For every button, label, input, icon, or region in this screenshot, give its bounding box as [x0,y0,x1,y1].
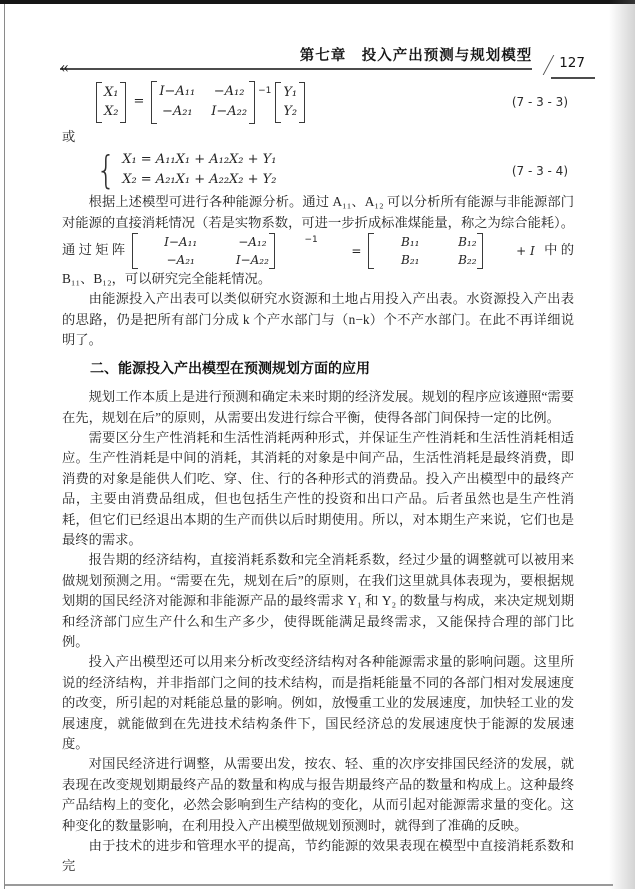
b-matrix-cell-21: B₂₁ [374,253,419,267]
scan-left-edge [4,4,5,889]
b-matrix: B₁₁ B₁₂ B₂₁ B₂₂ [368,233,482,269]
scan-bottom-edge [5,884,613,886]
paragraph-7: 对国民经济进行调整，从需要出发，按农、轻、重的次序安排国民经济的发展，就表现在改… [62,754,574,836]
b-matrix-cell-12: B₁₂ [431,235,476,249]
or-connector: 或 [62,127,574,147]
paragraph-8: 由于技术的进步和管理水平的提高，节约能源的效果表现在模型中直接消耗系数和完 [62,836,574,877]
page-number: 127 [559,55,585,71]
chapter-title: 第七章 投入产出预测与规划模型 [300,44,533,65]
matrix-cell-11: I−A₁₁ [159,84,195,100]
y-vector-row2: Y₂ [283,104,297,120]
x-vector: X₁ X₂ [96,82,126,124]
paragraph-4: 需要区分生产性消耗和生活性消耗两种形式，并保证生产性消耗和生活性消耗相适应。生产… [62,428,574,550]
paragraph-3: 规划工作本质上是进行预测和确定未来时期的经济发展。规划的程序应该遵照“需要在先，… [62,387,574,428]
scan-right-shadow [609,0,635,889]
inline-matrix-cell-12: −A₁₂ [212,235,267,249]
inline-inverse-exponent: −1 [278,235,318,246]
equation-7-3-4: { X₁ = A₁₁X₁ + A₁₂X₂ + Y₁ X₂ = A₂₁X₁ + A… [62,152,574,190]
equation-7-3-3-body: X₁ X₂ = I−A₁₁ −A₁₂ −A₂₁ I−A₂₂ −1 Y₁ Y₂ [94,81,307,124]
scan-top-edge [0,0,635,4]
b-matrix-cell-22: B₂₂ [431,253,476,267]
inline-matrix-cell-21: −A₂₁ [140,253,195,267]
inline-coef-matrix: I−A₁₁ −A₁₂ −A₂₁ I−A₂₂ [132,233,275,269]
matrix-cell-22: I−A₂₂ [211,104,247,120]
case-line-2: X₂ = A₂₁X₁ + A₂₂X₂ + Y₂ [122,172,276,188]
header-rule: « 第七章 投入产出预测与规划模型 [60,44,532,70]
page-content: X₁ X₂ = I−A₁₁ −A₁₂ −A₂₁ I−A₂₂ −1 Y₁ Y₂ [62,76,574,877]
case-line-1: X₁ = A₁₁X₁ + A₁₂X₂ + Y₁ [122,152,276,168]
plus-identity: + I [490,244,535,258]
matrix-cell-12: −A₁₂ [214,84,245,100]
b-matrix-cell-11: B₁₁ [374,235,419,249]
equals-sign: = [133,94,144,110]
paragraph-1: 根据上述模型可进行各种能源分析。通过 A₁₁、A₁₂ 可以分析所有能源与非能源部… [62,192,574,289]
y-vector: Y₁ Y₂ [275,82,305,124]
paragraph-5: 报告期的经济结构，直接消耗系数和完全消耗系数，经过少量的调整就可以被用来做规划预… [62,550,574,652]
equation-label: (7 - 3 - 3) [512,92,568,112]
x-vector-row1: X₁ [104,85,118,101]
equation-7-3-3: X₁ X₂ = I−A₁₁ −A₁₂ −A₂₁ I−A₂₂ −1 Y₁ Y₂ [62,81,574,124]
x-vector-row2: X₂ [104,104,118,120]
inline-matrix-cell-11: I−A₁₁ [138,235,198,249]
paragraph-6: 投入产出模型还可以用来分析改变经济结构对各种能源需求量的影响问题。这里所说的经济… [62,652,574,754]
chevron-left-icon: « [60,58,67,75]
coefficient-matrix: I−A₁₁ −A₁₂ −A₂₁ I−A₂₂ [151,81,255,124]
cases-brace: { [96,153,115,187]
y-vector-row1: Y₁ [283,85,297,101]
inline-matrix-cell-22: I−A₂₂ [209,253,269,267]
section-heading: 二、能源投入产出模型在预测规划方面的应用 [62,360,574,380]
inline-equals-sign: = [325,244,362,258]
matrix-cell-21: −A₂₁ [162,104,193,120]
page-header: « 第七章 投入产出预测与规划模型 127 [60,44,595,70]
equation-label: (7 - 3 - 4) [512,160,568,180]
inverse-exponent: −1 [258,86,271,97]
inline-matrix-equation: I−A₁₁ −A₁₂ −A₂₁ I−A₂₂ −1= B₁₁ B₁₂ B₂₁ B₂… [130,233,540,269]
equation-7-3-4-body: { X₁ = A₁₁X₁ + A₁₂X₂ + Y₁ X₂ = A₂₁X₁ + A… [94,152,276,189]
paragraph-2: 由能源投入产出表可以类似研究水资源和土地占用投入产出表。水资源投入产出表的思路，… [62,289,574,350]
